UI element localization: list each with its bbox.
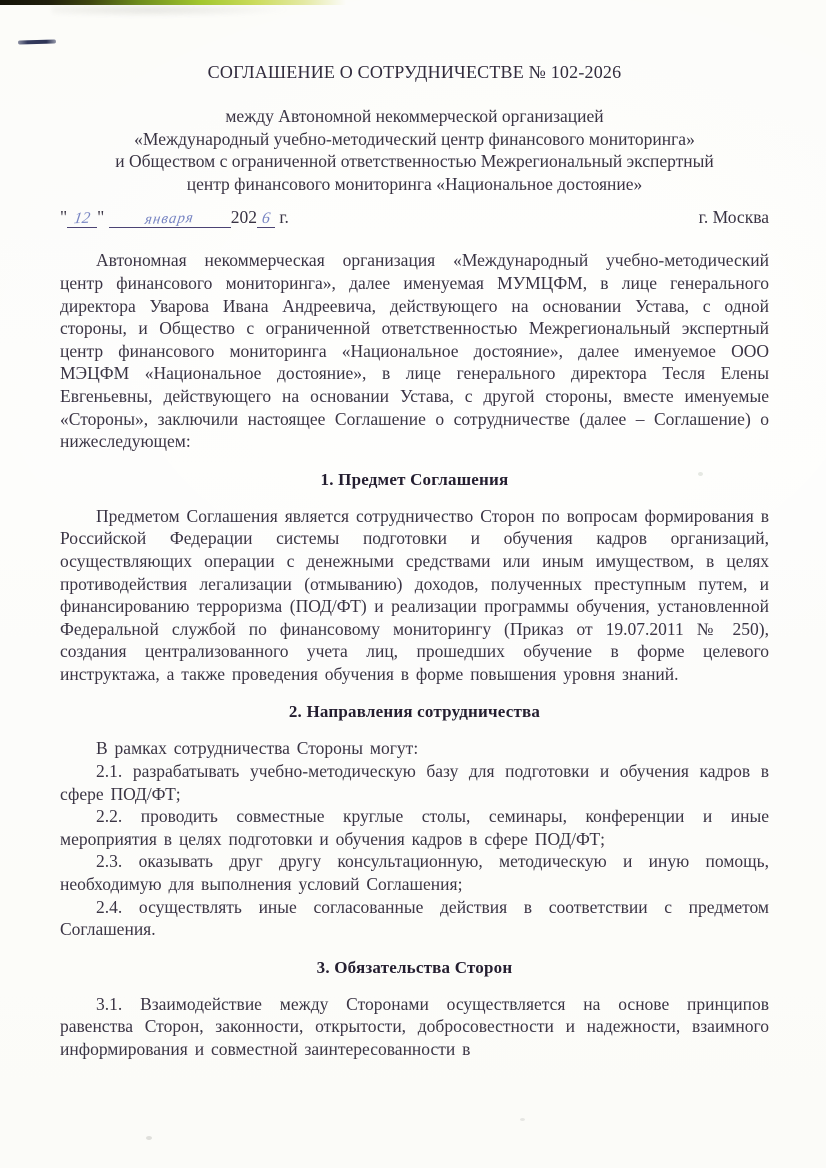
city-label: г. Москва [699, 207, 769, 228]
subtitle-line: и Обществом с ограниченной ответственнос… [60, 150, 769, 173]
subtitle-line: «Международный учебно-методический центр… [60, 128, 769, 151]
clause-2-4: 2.4. осуществлять иные согласованные дей… [60, 896, 769, 941]
year-suffix: г. [279, 207, 289, 227]
year-prefix: 202 [231, 207, 257, 227]
document-subtitle: между Автономной некоммерческой организа… [60, 105, 769, 195]
scan-speck [520, 1118, 525, 1121]
clause-2-1: 2.1. разрабатывать учебно-методическую б… [60, 760, 769, 805]
close-quote: " [97, 207, 104, 227]
day-blank: 12 [67, 209, 97, 228]
handwritten-day: 12 [73, 211, 91, 228]
date-line: "12" января2026 г. [60, 207, 289, 228]
section-2-intro: В рамках сотрудничества Стороны могут: [60, 737, 769, 760]
scanned-document-page: СОГЛАШЕНИЕ О СОТРУДНИЧЕСТВЕ № 102-2026 м… [0, 0, 826, 1168]
section-heading-2: 2. Направления сотрудничества [60, 702, 769, 722]
year-digit-blank: 6 [257, 209, 275, 228]
month-blank: января [109, 209, 231, 228]
scan-speck [146, 1136, 152, 1140]
document-title: СОГЛАШЕНИЕ О СОТРУДНИЧЕСТВЕ № 102-2026 [60, 62, 769, 83]
section-heading-3: 3. Обязательства Сторон [60, 958, 769, 978]
clause-2-3: 2.3. оказывать друг другу консультационн… [60, 850, 769, 895]
document-content: СОГЛАШЕНИЕ О СОТРУДНИЧЕСТВЕ № 102-2026 м… [0, 0, 826, 1061]
subtitle-line: центр финансового мониторинга «Националь… [60, 173, 769, 196]
open-quote: " [60, 207, 67, 227]
preamble-paragraph: Автономная некоммерческая организация «М… [60, 249, 769, 452]
handwritten-year-digit: 6 [261, 211, 271, 227]
section-heading-1: 1. Предмет Соглашения [60, 470, 769, 490]
subtitle-line: между Автономной некоммерческой организа… [60, 105, 769, 128]
section-1-paragraph: Предметом Соглашения является сотрудниче… [60, 505, 769, 686]
clause-2-2: 2.2. проводить совместные круглые столы,… [60, 805, 769, 850]
handwritten-month: января [144, 212, 195, 229]
date-and-city-row: "12" января2026 г. г. Москва [60, 207, 769, 228]
clause-3-1: 3.1. Взаимодействие между Сторонами осущ… [60, 993, 769, 1061]
